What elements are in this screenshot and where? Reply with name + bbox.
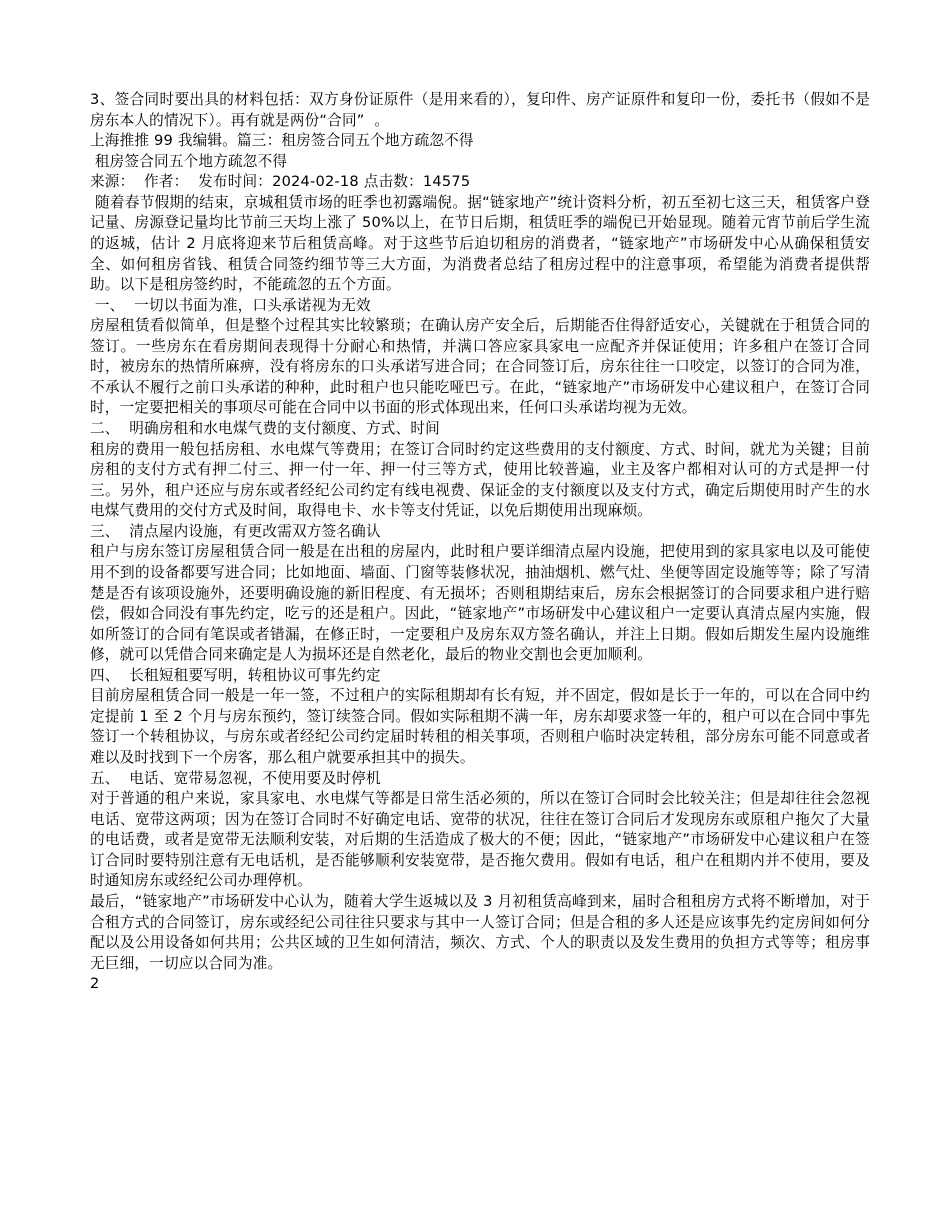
document-page: 3、签合同时要出具的材料包括：双方身份证原件（是用来看的），复印件、房产证原件和… (90, 90, 870, 995)
editor-line: 上海推推 99 我编辑。篇三：租房签合同五个地方疏忽不得 (90, 131, 870, 152)
closing-paragraph: 最后，“链家地产”市场研发中心认为，随着大学生返城以及 3 月初租赁高峰到来，届… (90, 892, 870, 974)
page-number: 2 (90, 974, 870, 995)
section-body-3: 租户与房东签订房屋租赁合同一般是在出租的房屋内，此时租户要详细清点屋内设施，把使… (90, 542, 870, 665)
section-body-5: 对于普通的租户来说，家具家电、水电煤气等都是日常生活必须的，所以在签订合同时会比… (90, 789, 870, 892)
section-body-2: 租房的费用一般包括房租、水电煤气等费用；在签订合同时约定这些费用的支付额度、方式… (90, 440, 870, 522)
section-heading-5: 五、 电话、宽带易忽视，不使用要及时停机 (90, 769, 870, 790)
section-body-1: 房屋租赁看似简单，但是整个过程其实比较繁琐；在确认房产安全后，后期能否住得舒适安… (90, 316, 870, 419)
section-body-4: 目前房屋租赁合同一般是一年一签，不过租户的实际租期却有长有短，并不固定，假如是长… (90, 686, 870, 768)
intro-paragraph: 3、签合同时要出具的材料包括：双方身份证原件（是用来看的），复印件、房产证原件和… (90, 90, 870, 131)
section-heading-2: 二、 明确房租和水电煤气费的支付额度、方式、时间 (90, 419, 870, 440)
section-heading-4: 四、 长租短租要写明，转租协议可事先约定 (90, 666, 870, 687)
lead-paragraph: 随着春节假期的结束，京城租赁市场的旺季也初露端倪。据“链家地产”统计资料分析，初… (90, 193, 870, 296)
article-meta: 来源： 作者： 发布时间：2024-02-18 点击数：14575 (90, 172, 870, 193)
section-heading-3: 三、 清点屋内设施，有更改需双方签名确认 (90, 522, 870, 543)
section-heading-1: 一、 一切以书面为准，口头承诺视为无效 (90, 296, 870, 317)
article-title: 租房签合同五个地方疏忽不得 (90, 152, 870, 173)
